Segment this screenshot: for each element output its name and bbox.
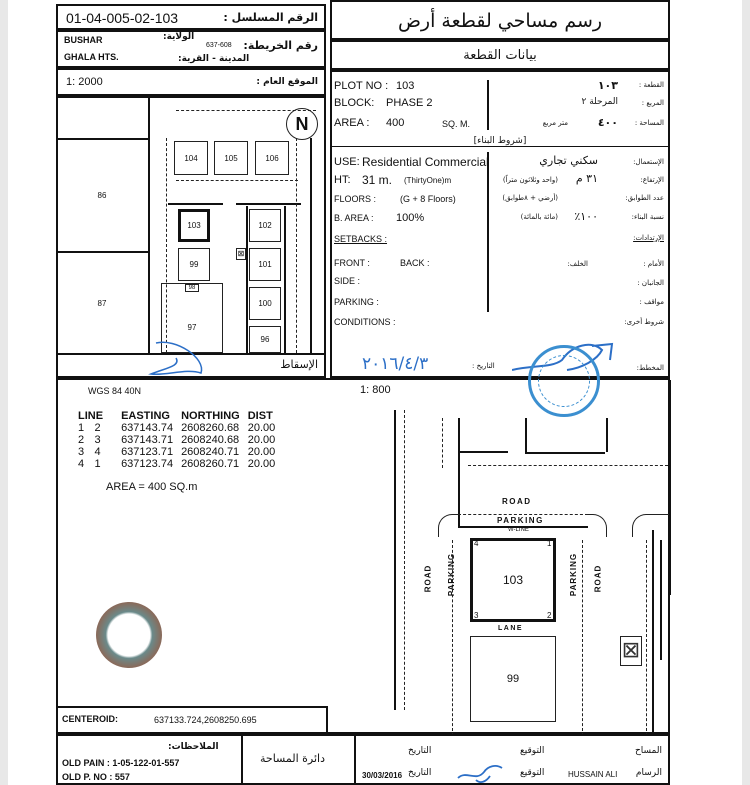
drafter-signature <box>456 760 506 785</box>
town-label: المدينة - القرية: <box>178 54 249 64</box>
signature-label-1: التوقيع <box>520 746 544 756</box>
use-ar: سكني تجاري <box>539 154 598 167</box>
notes-label: الملاحظات: <box>168 742 219 752</box>
wilayat-label: الولاية: <box>163 32 194 42</box>
area-label: AREA : <box>334 117 369 129</box>
back-label: BACK : <box>400 258 430 268</box>
block: PHASE 2 <box>386 97 432 109</box>
area-ar: ٤٠٠ <box>598 116 618 129</box>
date-label-1: التاريخ <box>408 746 431 756</box>
plot-no-ar: ١٠٣ <box>598 79 618 92</box>
col-dist: DIST <box>244 410 280 422</box>
block-ar: المرحلة ٢ <box>582 97 618 107</box>
area: 400 <box>386 117 404 129</box>
footer: الملاحظات: OLD PAIN : 1-05-122-01-557 OL… <box>56 734 670 785</box>
projection-label: الإسقاط <box>280 358 318 371</box>
block-label: BLOCK: <box>334 97 374 109</box>
map-plot-103-selected[interactable]: 103 <box>178 209 210 242</box>
coordinates-area: AREA = 400 SQ.m <box>106 481 197 493</box>
datum-label: WGS 84 40N <box>88 386 141 396</box>
setbacks-label: SETBACKS : <box>334 234 387 244</box>
floors-ar: (أرضي + ٨طوابق) <box>502 194 558 202</box>
surveyor-label: المساح <box>635 746 662 756</box>
map-plot-101: 101 <box>249 248 281 281</box>
col-northing: NORTHING <box>177 410 244 422</box>
height-ar-label: الإرتفاع: <box>641 176 664 184</box>
drafter-label: الرسام <box>636 768 662 778</box>
location-scale: 1: 2000 <box>66 76 103 88</box>
drafter-name: HUSSAIN ALI <box>568 770 617 779</box>
map-number: 637-608 <box>206 42 232 49</box>
building-conditions-title: [شروط البناء] <box>465 136 535 146</box>
corner-1: 1 <box>547 539 551 548</box>
table-row: 34 637123.712608240.7120.00 <box>74 446 279 458</box>
block-ar-label: المربع : <box>642 99 664 107</box>
use-value: Residential Commercial <box>362 155 489 169</box>
setbacks-ar-label: الإرتدادات: <box>633 234 664 242</box>
centroid-label: CENTEROID: <box>62 714 118 724</box>
use-ar-label: الإستعمال: <box>633 158 664 166</box>
floors-ar-label: عدد الطوابق: <box>625 194 664 202</box>
location-scale-cell: 1: 2000 الموقع العام : <box>56 68 326 96</box>
side-ar-label: الجانبان : <box>637 279 664 287</box>
building-area-ar: ١٠٠٪ <box>574 210 598 223</box>
map-plot-96: 96 <box>249 326 281 353</box>
parking-label: PARKING : <box>334 297 379 307</box>
north-arrow-icon: N <box>286 108 318 140</box>
handwritten-date: ٢٠١٦/٤/٣ <box>362 354 428 374</box>
use-label: USE: <box>334 156 360 168</box>
signature-label-2: التوقيع <box>520 768 544 778</box>
area-ar-label: المساحة : <box>635 119 664 127</box>
map-number-label: رقم الخريطة: <box>243 39 318 52</box>
lane-label: LANE <box>498 625 523 632</box>
building-area-value: 100% <box>396 212 424 224</box>
building-area-words-ar: (مائة بالمائة) <box>521 213 558 221</box>
drawing-date: 30/03/2016 <box>362 771 402 780</box>
conditions-label: CONDITIONS : <box>334 317 396 327</box>
coordinates-table: LINE EASTING NORTHING DIST 12 637143.742… <box>74 410 279 470</box>
parking-label-top: PARKING <box>497 516 544 525</box>
map-plot-86: 86 <box>58 140 146 250</box>
parking-label-right: PARKING <box>569 553 578 596</box>
date-label-2: التاريخ <box>408 768 431 778</box>
plot-data-subtitle: بيانات القطعة <box>332 48 668 63</box>
plan-scale: 1: 800 <box>360 384 391 396</box>
table-row: 41 637123.742608260.7120.00 <box>74 458 279 470</box>
location-map: 86 87 104 105 106 103 102 99 101 98 97 1… <box>56 96 326 378</box>
signature-scribble <box>146 338 216 378</box>
site-plot-99: 99 <box>470 636 556 722</box>
location-label: الموقع العام : <box>256 77 318 87</box>
height-words-ar: (واحد وثلاثون متراً) <box>503 176 558 184</box>
title-cell: رسم مساحي لقطعة أرض <box>330 0 670 40</box>
old-pain: OLD PAIN : 1-05-122-01-557 <box>62 758 179 768</box>
serial-number: 01-04-005-02-103 <box>66 10 178 26</box>
right-scroll-edge[interactable] <box>742 0 750 785</box>
map-plot-99: 99 <box>178 248 210 281</box>
map-plot-106: 106 <box>255 141 289 175</box>
table-row: 23 637143.712608240.6820.00 <box>74 434 279 446</box>
road-label-top: ROAD <box>502 497 532 506</box>
plot-no-label: PLOT NO : <box>334 80 388 92</box>
height-words: (ThirtyOne)m <box>404 176 451 185</box>
road-label-right: ROAD <box>593 565 602 593</box>
side-label: SIDE : <box>334 276 360 286</box>
date-ar-label: التاريخ : <box>472 362 495 370</box>
area-unit: SQ. M. <box>442 119 470 129</box>
plot-data-panel: PLOT NO : 103 BLOCK: PHASE 2 AREA : 400 … <box>330 70 670 378</box>
utility-box-icon: ⊠ <box>620 636 642 666</box>
table-row: 12 637143.742608260.6820.00 <box>74 422 279 434</box>
centroid-row: CENTEROID: 637133.724,2608250.695 <box>56 706 324 732</box>
corner-3: 3 <box>474 611 478 620</box>
floors-value: (G + 8 Floors) <box>400 194 456 204</box>
front-ar-label: الأمام : <box>643 260 664 268</box>
site-plan-section: WGS 84 40N 1: 800 LINE EASTING NORTHING … <box>56 378 670 734</box>
area-unit-ar: متر مربع <box>543 119 568 127</box>
document-title: رسم مساحي لقطعة أرض <box>332 10 668 32</box>
survey-dept: دائرة المساحة <box>260 752 325 765</box>
col-easting: EASTING <box>107 410 177 422</box>
height-label: HT: <box>334 174 351 186</box>
survey-sheet: 01-04-005-02-103 الرقم المسلسل : BUSHAR … <box>56 0 670 785</box>
wilayat-cell: BUSHAR GHALA HTS. الولاية: 637-608 رقم ا… <box>56 30 326 68</box>
wline-label: W-LINE <box>508 527 529 533</box>
wilayat-value: BUSHAR <box>64 35 103 45</box>
map-plot-87: 87 <box>58 253 146 353</box>
height-value: 31 m. <box>362 173 392 187</box>
old-plot-no: OLD P. NO : 557 <box>62 772 130 782</box>
building-area-ar-label: نسبة البناء: <box>632 213 664 221</box>
back-ar-label: الخلف: <box>567 260 588 268</box>
corner-2: 2 <box>547 611 551 620</box>
building-area-label: B. AREA : <box>334 213 374 223</box>
parking-label-left: PARKING <box>447 553 456 596</box>
map-plot-100: 100 <box>249 287 281 320</box>
plot-no-ar-label: القطعة : <box>639 81 664 89</box>
subtitle-cell: بيانات القطعة <box>330 40 670 70</box>
conditions-ar-label: شروط أخرى: <box>624 318 664 326</box>
corner-4: 4 <box>474 539 478 548</box>
emblem-seal-icon <box>96 602 162 668</box>
map-plot-102: 102 <box>249 209 281 242</box>
plot-no: 103 <box>396 80 414 92</box>
floors-label: FLOORS : <box>334 194 376 204</box>
map-plot-104: 104 <box>174 141 208 175</box>
map-plot-105: 105 <box>214 141 248 175</box>
left-scroll-edge <box>0 0 8 785</box>
serial-label: الرقم المسلسل : <box>223 11 318 24</box>
height-ar: ٣١ م <box>576 172 598 185</box>
parking-ar-label: مواقف : <box>640 298 665 306</box>
utility-box-icon: ⊠ <box>236 248 246 260</box>
front-label: FRONT : <box>334 258 370 268</box>
town-value: GHALA HTS. <box>64 52 119 62</box>
serial-cell: 01-04-005-02-103 الرقم المسلسل : <box>56 4 326 30</box>
col-line: LINE <box>74 410 107 422</box>
centroid-value: 637133.724,2608250.695 <box>154 715 257 725</box>
site-plot-103-selected[interactable]: 103 <box>470 538 556 622</box>
road-label-left: ROAD <box>423 565 432 593</box>
planner-ar-label: المخطط: <box>637 364 664 372</box>
